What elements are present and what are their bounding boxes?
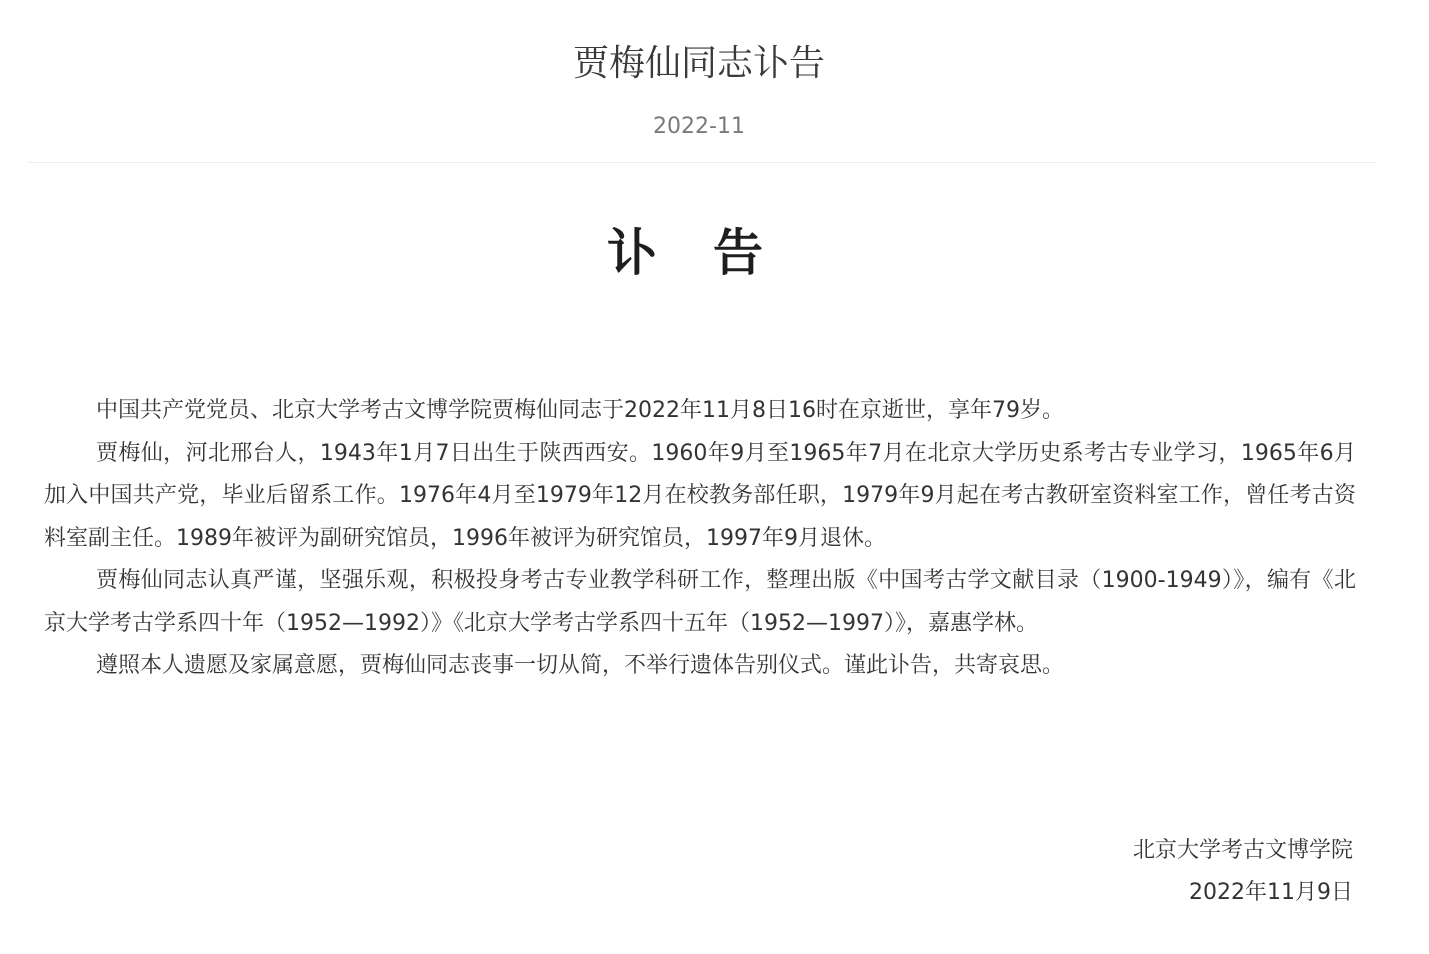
signature-organization: 北京大学考古文博学院 <box>1133 830 1353 872</box>
publish-date: 2022-11 <box>0 112 1398 142</box>
page-title: 贾梅仙同志讣告 <box>0 38 1398 90</box>
signature-block: 北京大学考古文博学院 2022年11月9日 <box>1133 830 1353 914</box>
paragraph-contributions: 贾梅仙同志认真严谨，坚强乐观，积极投身考古专业教学科研工作，整理出版《中国考古学… <box>44 560 1356 645</box>
paragraph-biography: 贾梅仙，河北邢台人，1943年1月7日出生于陕西西安。1960年9月至1965年… <box>44 433 1356 561</box>
paragraph-death-announcement: 中国共产党党员、北京大学考古文博学院贾梅仙同志于2022年11月8日16时在京逝… <box>44 390 1356 433</box>
notice-body: 中国共产党党员、北京大学考古文博学院贾梅仙同志于2022年11月8日16时在京逝… <box>44 390 1356 688</box>
signature-date: 2022年11月9日 <box>1133 872 1353 914</box>
paragraph-funeral-arrangements: 遵照本人遗愿及家属意愿，贾梅仙同志丧事一切从简，不举行遗体告别仪式。谨此讣告，共… <box>44 645 1356 688</box>
notice-heading: 讣告 <box>0 220 1426 286</box>
divider <box>28 162 1376 163</box>
